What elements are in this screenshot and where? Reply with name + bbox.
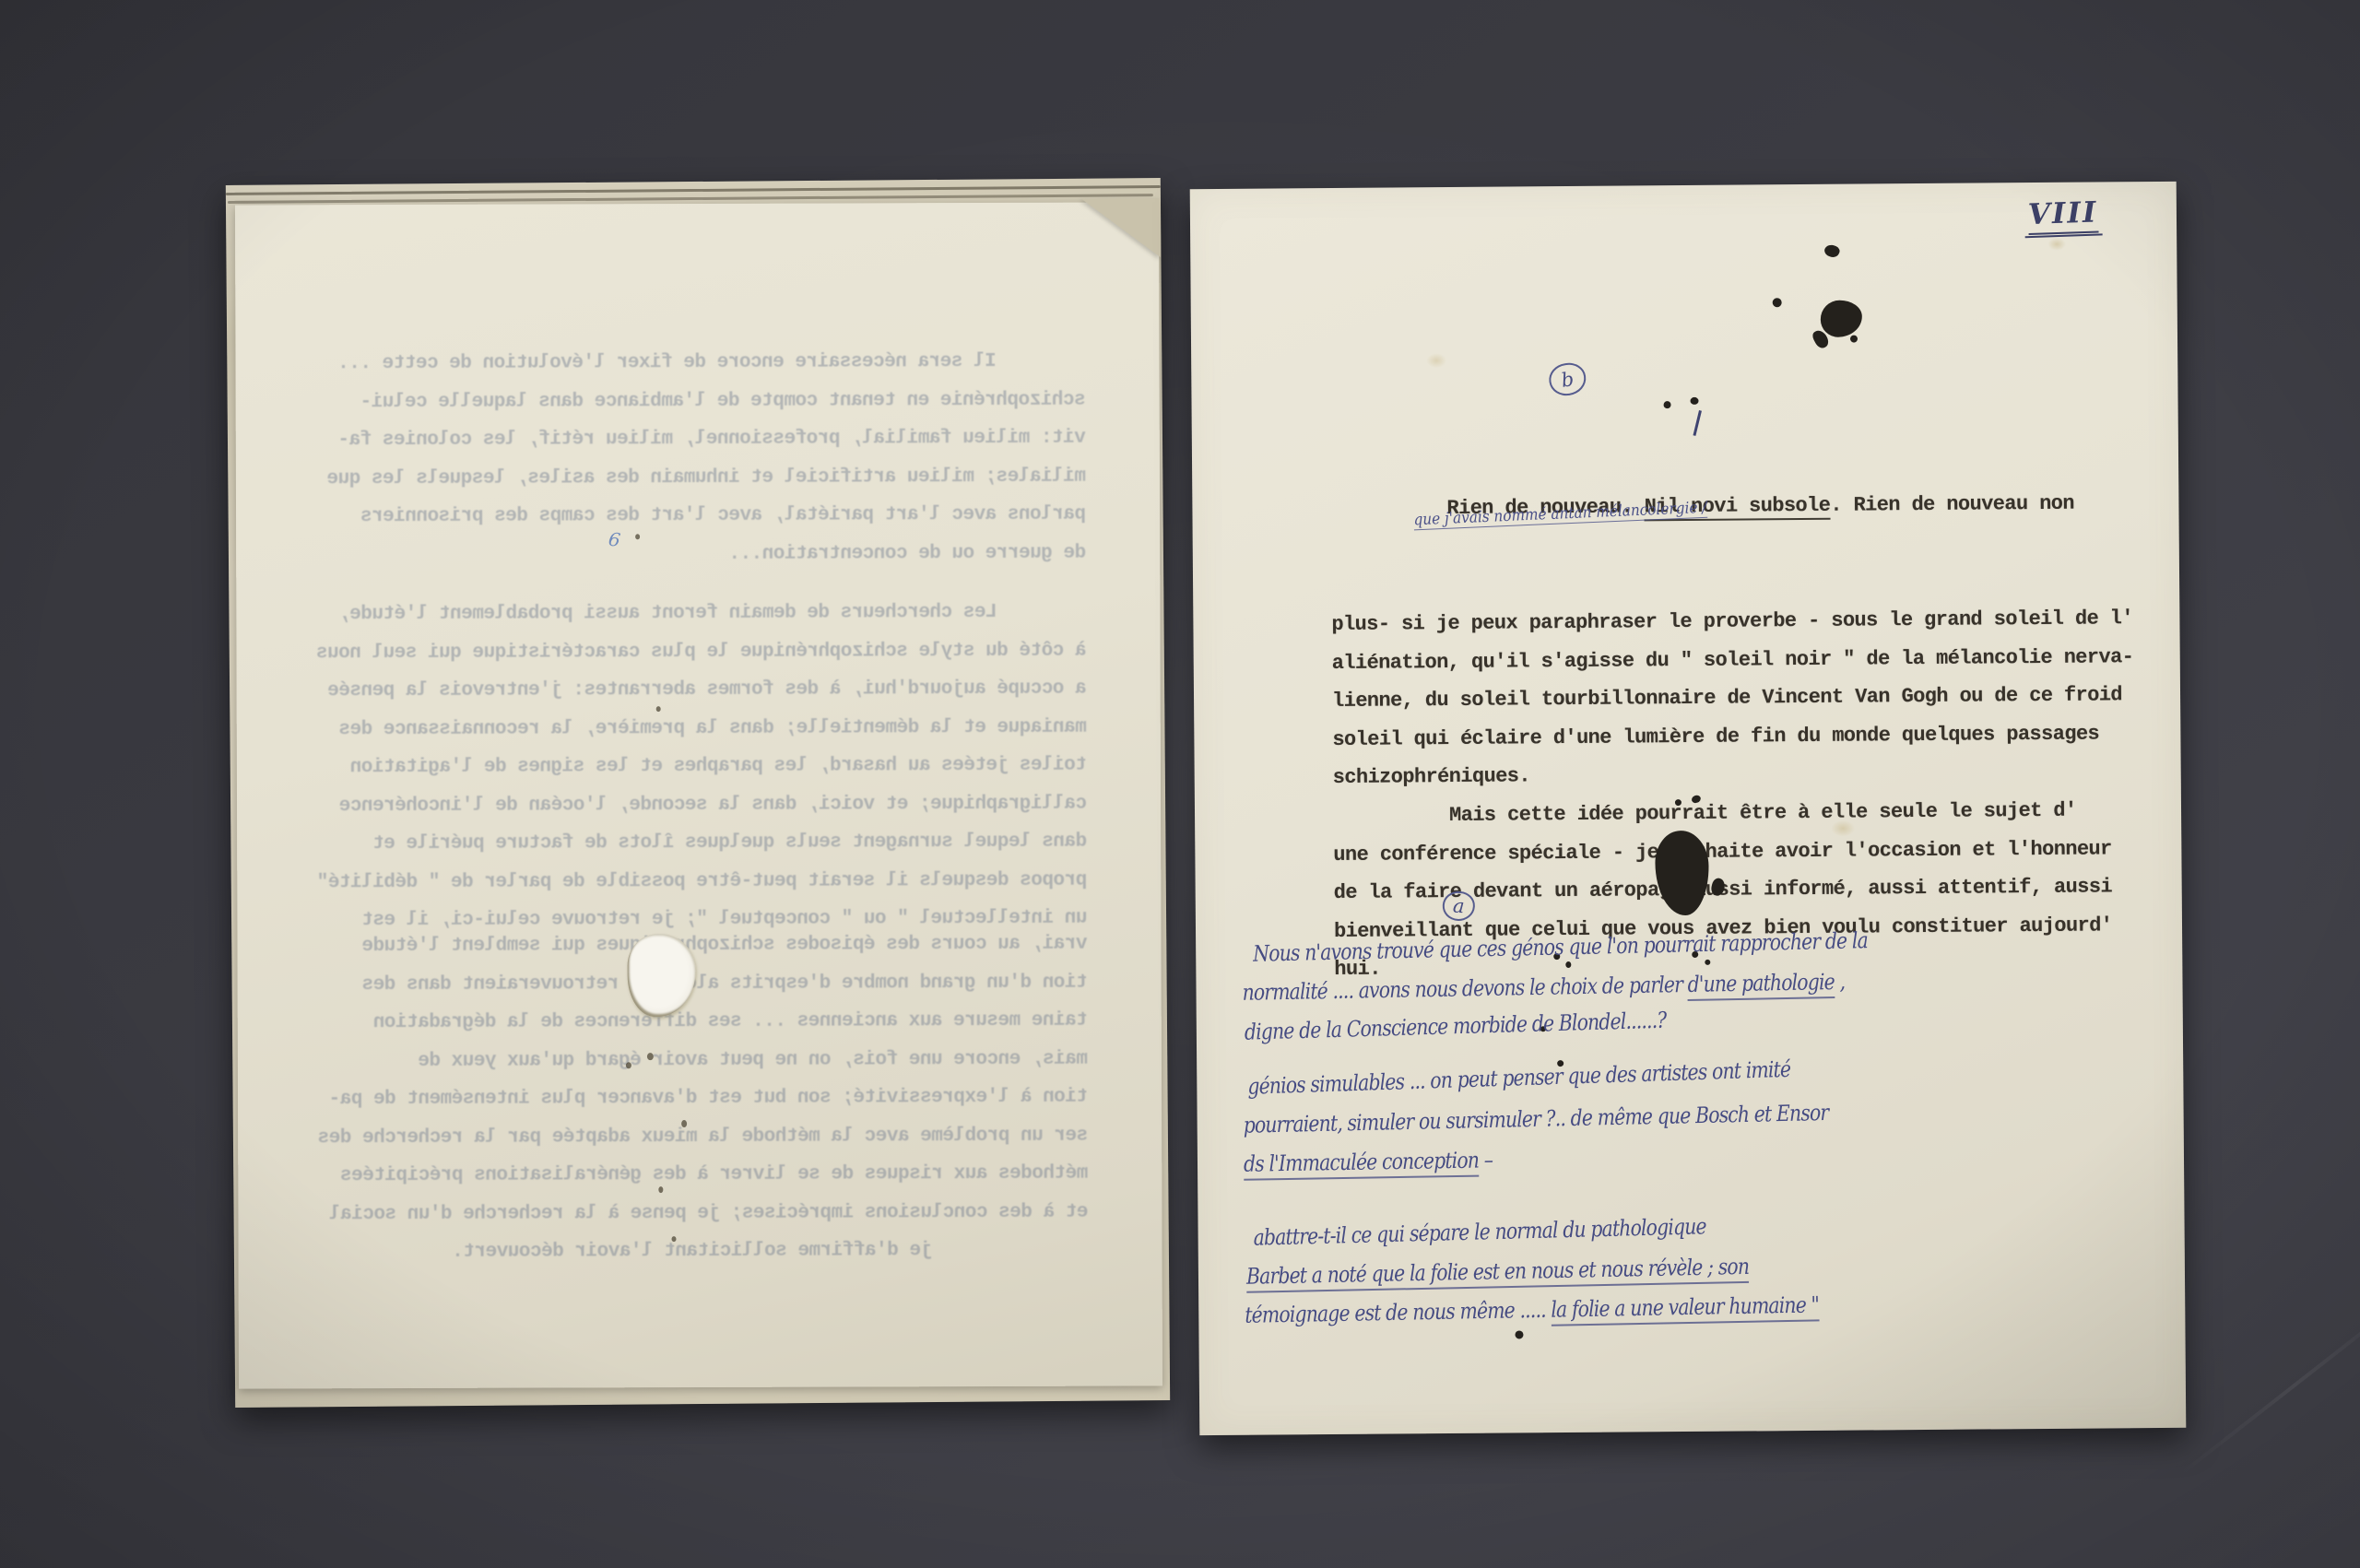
ink-dot bbox=[1705, 960, 1710, 965]
mirrored-typed-line: calligraphique; et voici, dans la second… bbox=[274, 784, 1087, 825]
page-number: VIII bbox=[2024, 195, 2102, 238]
typed-line: soleil qui éclaire d'une lumière de fin … bbox=[1332, 714, 2134, 759]
paper-stain bbox=[2047, 238, 2066, 251]
paper-speck bbox=[658, 1186, 663, 1193]
mirrored-typed-line: parlons avec l'art pariétal, avec l'art … bbox=[273, 496, 1086, 536]
circled-letter-a-text: a bbox=[1452, 895, 1465, 918]
paper-speck bbox=[656, 706, 661, 712]
paper-stain bbox=[1426, 353, 1446, 368]
hw-6-underlined: ds l'Immaculée conception bbox=[1244, 1148, 1480, 1181]
typed-line: lienne, du soleil tourbillonnaire de Vin… bbox=[1332, 676, 2134, 720]
right-manuscript-page: VIII b Rien de nouveau. Nil novi subsole… bbox=[1190, 182, 2187, 1435]
photograph-of-manuscript-pages: Il sera nécessaire encore de fixer l'évo… bbox=[0, 0, 2360, 1568]
paper-speck bbox=[647, 1053, 654, 1060]
circled-letter-b-text: b bbox=[1560, 368, 1575, 392]
mirrored-typed-line: propos desquels il serait peut-être poss… bbox=[274, 861, 1087, 902]
mirrored-typed-line: Il sera nécessaire encore de fixer l'évo… bbox=[272, 343, 1085, 383]
ink-dot bbox=[1664, 401, 1671, 408]
hw-2-underlined: d'une pathologie bbox=[1687, 969, 1835, 1001]
hw-8-underlined: Barbet a noté que la folie est en nous e… bbox=[1246, 1254, 1750, 1293]
ink-dot bbox=[1850, 336, 1858, 343]
handwritten-line: témoignage est de nous même ..... la fol… bbox=[1245, 1291, 1819, 1327]
typed-line: une conférence spéciale - je souhaite av… bbox=[1333, 830, 2135, 874]
paper-speck bbox=[681, 1120, 687, 1127]
mirrored-typed-line: miliales; milieu artificiel et inhumain … bbox=[273, 457, 1086, 498]
mirrored-typed-line: et à des conclusions imprécises; je pens… bbox=[275, 1193, 1088, 1233]
mirrored-typed-line: schizophrénie en tenant compte de l'ambi… bbox=[273, 381, 1086, 421]
handwritten-line: pourraient, simuler ou sursimuler ?.. de… bbox=[1243, 1100, 1828, 1138]
mirrored-typed-line: à côté du style schizophrénique le plus … bbox=[273, 631, 1086, 672]
mirrored-typed-line: a occupé aujourd'hui, à des formes aberr… bbox=[274, 670, 1087, 711]
mirrored-typed-line: taine mesure aux anciennes ... ses diffé… bbox=[275, 1002, 1088, 1043]
mirrored-typed-line: maniaque et la démentielle; dans la prem… bbox=[274, 708, 1087, 749]
left-page-top-sheet: Il sera nécessaire encore de fixer l'évo… bbox=[235, 202, 1162, 1388]
paper-speck bbox=[672, 1236, 677, 1242]
page-number-text: VIII bbox=[2027, 196, 2098, 236]
ink-dot bbox=[1773, 298, 1782, 307]
ink-blot-small bbox=[1823, 242, 1841, 259]
paper-speck bbox=[626, 1062, 631, 1068]
typed-line: aliénation, qu'il s'agisse du " soleil n… bbox=[1332, 638, 2134, 682]
circled-letter-b: b bbox=[1547, 360, 1588, 397]
hw-9-underlined: la folie a une valeur humaine " bbox=[1551, 1291, 1819, 1326]
mirrored-typed-line: Les chercheurs de demain feront aussi pr… bbox=[273, 594, 1086, 634]
paper-speck bbox=[635, 534, 640, 539]
mirrored-typed-line: mais, encore une fois, on ne peut avoir … bbox=[275, 1040, 1088, 1080]
background-cloth-crease bbox=[2178, 1292, 2360, 1477]
typed-line-1-post: . Rien de nouveau non bbox=[1830, 492, 2074, 517]
mirrored-typed-line: dans lequel surnagent seuls quelques îlo… bbox=[274, 823, 1087, 864]
handwritten-line: Barbet a noté que la folie est en nous e… bbox=[1246, 1254, 1750, 1290]
mirrored-typed-line: vit: milieu familial, professionnel, mil… bbox=[273, 419, 1086, 460]
folded-corner bbox=[1081, 198, 1161, 257]
handwritten-line: abattre-t-il ce qui sépare le normal du … bbox=[1253, 1213, 1706, 1250]
mirrored-typed-line: de guerre ou de concentration... bbox=[273, 534, 1086, 574]
typed-line: plus- si je peux paraphraser le proverbe… bbox=[1331, 599, 2133, 643]
ink-dot bbox=[1565, 961, 1571, 968]
handwritten-line: ds l'Immaculée conception – bbox=[1244, 1147, 1493, 1176]
mirrored-paragraph-1: Il sera nécessaire encore de fixer l'évo… bbox=[272, 343, 1086, 575]
ink-dot bbox=[1515, 1330, 1523, 1338]
typed-line: Mais cette idée pourrait être à elle seu… bbox=[1333, 791, 2135, 835]
mirrored-typed-line: je d'affirme sollicitant l'avoir découve… bbox=[275, 1232, 1088, 1272]
ink-dot bbox=[1675, 799, 1681, 806]
ink-splat bbox=[1821, 301, 1862, 337]
mirrored-paragraph-2: Les chercheurs de demain feront aussi pr… bbox=[273, 594, 1087, 940]
ink-dot bbox=[1690, 397, 1698, 405]
typed-line: schizophréniques. bbox=[1333, 753, 2135, 797]
hw-6-post: – bbox=[1479, 1147, 1493, 1173]
hw-9-pre: témoignage est de nous même ..... bbox=[1245, 1297, 1552, 1328]
mirrored-typed-line: tion à l'expressivité; son but est d'ava… bbox=[275, 1079, 1088, 1119]
hw-2-post: , bbox=[1835, 969, 1846, 995]
mirrored-typed-line: toiles jetées au hasard, les paraphes et… bbox=[274, 747, 1087, 787]
typed-paragraphs: Rien de nouveau. Nil novi subsole. Rien … bbox=[1330, 407, 2137, 1066]
mirrored-typed-line: méthodes aux risques de se livrer à des … bbox=[275, 1155, 1088, 1196]
